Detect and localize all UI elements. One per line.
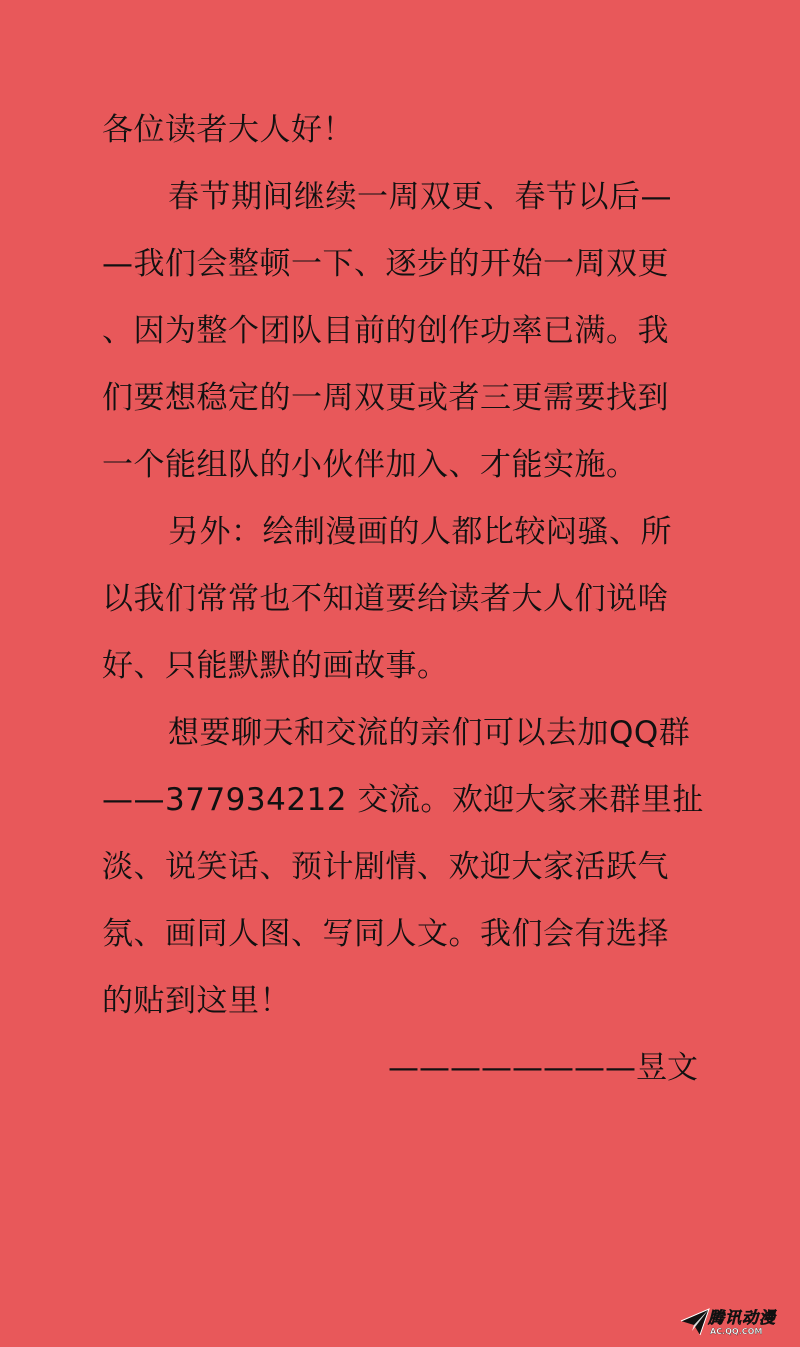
- signature: ————————昱文: [388, 1048, 698, 1088]
- paragraph-2-line-1: 另外：绘制漫画的人都比较闷骚、所: [168, 512, 768, 552]
- paragraph-3-line-3: 淡、说笑话、预计剧情、欢迎大家活跃气: [102, 847, 702, 887]
- paragraph-2-line-3: 好、只能默默的画故事。: [102, 646, 702, 686]
- paragraph-3-line-2: ——377934212 交流。欢迎大家来群里扯: [102, 780, 702, 820]
- paragraph-1-line-5: 一个能组队的小伙伴加入、才能实施。: [102, 445, 702, 485]
- watermark-name: 腾讯动漫: [708, 1305, 776, 1328]
- tencent-comic-watermark: 腾讯动漫 AC.QQ.COM: [680, 1303, 795, 1343]
- paragraph-1-line-1: 春节期间继续一周双更、春节以后—: [168, 177, 768, 217]
- greeting: 各位读者大人好！: [102, 110, 702, 150]
- paragraph-3-line-4: 氛、画同人图、写同人文。我们会有选择: [102, 914, 702, 954]
- paper-plane-icon: [680, 1307, 710, 1337]
- paragraph-1-line-2: —我们会整顿一下、逐步的开始一周双更: [102, 244, 702, 284]
- watermark-url: AC.QQ.COM: [710, 1327, 762, 1336]
- paragraph-2-line-2: 以我们常常也不知道要给读者大人们说啥: [102, 579, 702, 619]
- paragraph-3-line-1: 想要聊天和交流的亲们可以去加QQ群: [168, 713, 768, 753]
- author-note-page: 各位读者大人好！ 春节期间继续一周双更、春节以后— —我们会整顿一下、逐步的开始…: [0, 0, 800, 1347]
- paragraph-1-line-3: 、因为整个团队目前的创作功率已满。我: [102, 311, 702, 351]
- paragraph-3-line-5: 的贴到这里！: [102, 981, 702, 1021]
- paragraph-1-line-4: 们要想稳定的一周双更或者三更需要找到: [102, 378, 702, 418]
